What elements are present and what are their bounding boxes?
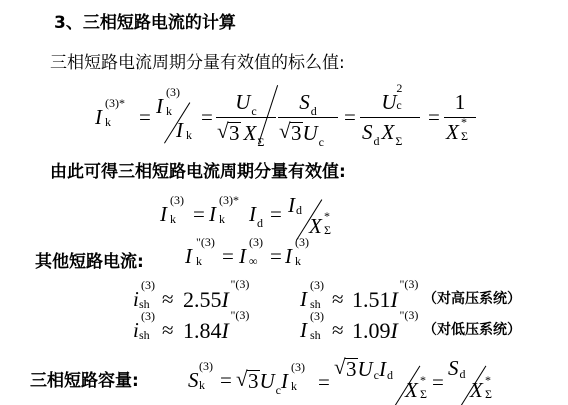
formula-capacity: S(3)k = 3UcI(3)k = 3UcId X*Σ = Sd X*Σ (0, 0, 568, 405)
